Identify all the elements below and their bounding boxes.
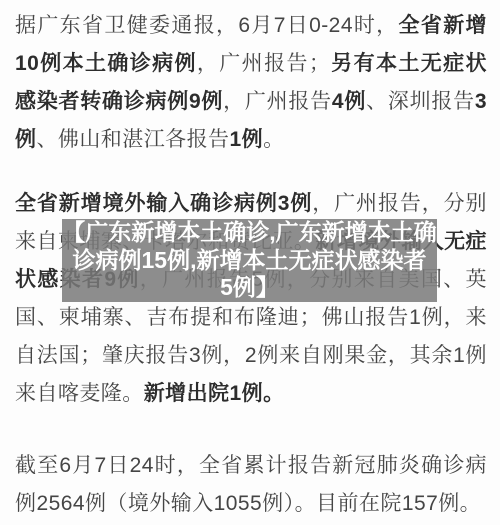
caption-line-2: 诊病例15例,新增本土无症状感染者 bbox=[73, 247, 427, 275]
article-paragraph-3: 截至6月7日24时，全省累计报告新冠肺炎确诊病例2564例（境外输入1055例）… bbox=[15, 447, 487, 523]
text-run: 1例 bbox=[230, 128, 264, 151]
article-paragraph-1: 据广东省卫健委通报，6月7日0-24时，全省新增10例本土确诊病例，广州报告；另… bbox=[15, 7, 487, 159]
text-run: 、佛山和湛江各报告 bbox=[36, 128, 229, 151]
text-run: ，广州报告； bbox=[197, 52, 330, 75]
caption-line-1: 【广东新增本土确诊,广东新增本土确 bbox=[62, 219, 436, 247]
text-run: 全省新增境外输入确诊病例3例 bbox=[15, 192, 312, 215]
text-run: 。 bbox=[263, 128, 284, 151]
text-run: 新增出院1例。 bbox=[144, 382, 285, 405]
caption-line-3: 5例】 bbox=[220, 274, 279, 302]
text-run: 4例 bbox=[332, 90, 366, 113]
caption-overlay: 【广东新增本土确诊,广东新增本土确 诊病例15例,新增本土无症状感染者 5例】 bbox=[62, 219, 437, 302]
text-run: ，广州报告 bbox=[223, 90, 332, 113]
text-run: 、深圳报告 bbox=[366, 90, 475, 113]
text-run: 截至6月7日24时，全省累计报告新冠肺炎确诊病例2564例（境外输入1055例）… bbox=[15, 454, 487, 515]
article-page: 据广东省卫健委通报，6月7日0-24时，全省新增10例本土确诊病例，广州报告；另… bbox=[0, 0, 500, 525]
text-run: 据广东省卫健委通报，6月7日0-24时， bbox=[15, 14, 399, 37]
